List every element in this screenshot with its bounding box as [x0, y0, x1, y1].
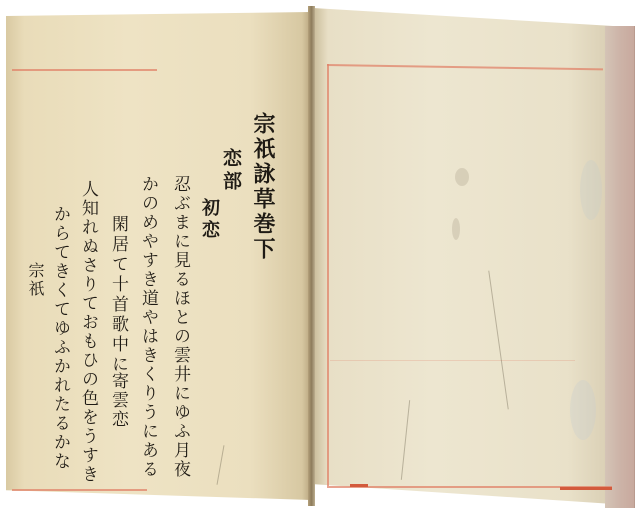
verse-line: 忍ぶまに見るほとの雲井にゆふ月夜 — [168, 175, 193, 479]
verse-line: からてきくてゆふかれたるかな — [48, 205, 73, 471]
subsection-heading: 初恋 — [196, 198, 222, 242]
water-damage — [580, 160, 602, 220]
right-faint-midline — [330, 360, 575, 361]
verse-line: 人知れぬさりておもひの色をうすき — [76, 180, 101, 484]
water-damage — [570, 380, 596, 440]
author-signature: 宗祇 — [24, 262, 47, 298]
section-heading: 恋部 — [218, 148, 245, 194]
left-top-rule — [12, 69, 157, 71]
book-gutter — [308, 6, 315, 506]
right-left-rule — [327, 64, 329, 486]
ink-stain — [455, 168, 469, 186]
manuscript-title: 宗祇詠草巻下 — [248, 112, 279, 262]
right-bottom-mark-2 — [560, 487, 612, 490]
ink-stain — [452, 218, 460, 240]
poem-heading: 閑居て十首歌中に — [106, 215, 131, 375]
open-manuscript-book: 宗祇詠草巻下 恋部 初恋 忍ぶまに見るほとの雲井にゆふ月夜 かのめやすき道やはき… — [0, 0, 640, 515]
poem-topic: 寄雲恋 — [106, 372, 131, 429]
right-bottom-mark-1 — [350, 484, 368, 487]
right-page — [313, 8, 613, 504]
verse-line: かのめやすき道やはきくりうにある — [136, 175, 161, 479]
page-stack-edge — [605, 26, 635, 508]
left-bottom-rule — [12, 489, 147, 491]
